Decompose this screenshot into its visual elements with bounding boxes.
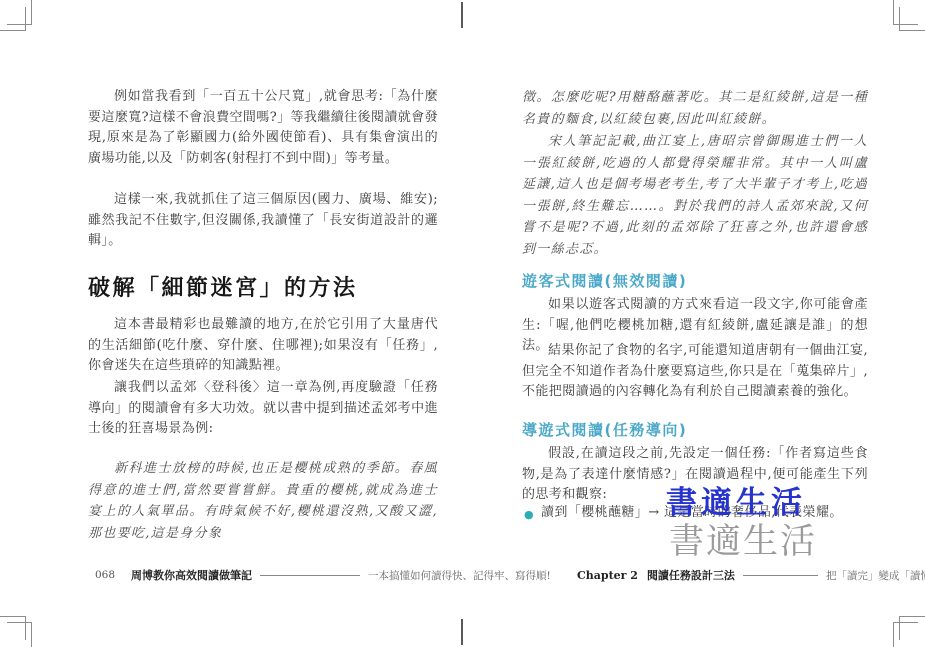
- crop-mark-center-bottom: [461, 619, 463, 645]
- crop-mark-bottom-right: [892, 614, 925, 647]
- footer-rule-left: [260, 575, 360, 576]
- left-quote-passage: 新科進士放榜的時候,也正是櫻桃成熟的季節。春風得意的進士們,當然要嘗嘗鮮。貴重的…: [88, 458, 438, 544]
- chapter-label: Chapter 2: [577, 569, 638, 582]
- left-paragraph-4: 讓我們以孟郊〈登科後〉這一章為例,再度驗證「任務導向」的閱讀會有多大功效。就以書…: [88, 378, 438, 440]
- left-paragraph-3: 這本書最精彩也最難讀的地方,在於它引用了大量唐代的生活細節(吃什麼、穿什麼、住哪…: [88, 315, 438, 377]
- page-left: 例如當我看到「一百五十公尺寬」,就會思考:「為什麼要這麼寬?這樣不會浪費空間嗎?…: [88, 0, 438, 647]
- chapter-tagline: 把「讀完」變成「讀懂」: [826, 568, 925, 583]
- footer-right: Chapter 2 閱讀任務設計三法 把「讀完」變成「讀懂」 069: [577, 567, 925, 583]
- book-spread: 例如當我看到「一百五十公尺寬」,就會思考:「為什麼要這麼寬?這樣不會浪費空間嗎?…: [0, 0, 925, 647]
- right-paragraph-2: 結果你記了食物的名字,可能還知道唐朝有一個曲江宴,但完全不知道作者為什麼要寫這些…: [522, 341, 868, 403]
- chapter-title: 閱讀任務設計三法: [647, 567, 735, 583]
- right-quote-continuation: 徵。怎麼吃呢?用糖酪蘸著吃。其二是紅綾餅,這是一種名貴的麵食,以紅綾包裹,因此叫…: [522, 87, 868, 130]
- section-heading-tourist-reading: 遊客式閱讀(無效閱讀): [522, 270, 868, 291]
- book-tagline: 一本搞懂如何讀得快、記得牢、寫得順!: [368, 568, 551, 583]
- bullet-dot-icon: ●: [524, 505, 534, 525]
- watermark-gray: 書適生活: [669, 514, 817, 564]
- left-paragraph-2: 這樣一來,我就抓住了這三個原因(國力、廣場、維安);雖然我記不住數字,但沒關係,…: [88, 190, 438, 252]
- footer-rule-right: [743, 575, 818, 576]
- book-title: 周博教你高效閱讀做筆記: [131, 567, 252, 583]
- crop-mark-center-top: [461, 2, 463, 28]
- crop-mark-top-left: [0, 0, 33, 33]
- footer-left: 068 周博教你高效閱讀做筆記 一本搞懂如何讀得快、記得牢、寫得順!: [95, 567, 551, 583]
- page-number-left: 068: [95, 569, 115, 581]
- crop-mark-bottom-left: [0, 614, 33, 647]
- crop-mark-top-right: [892, 0, 925, 33]
- left-section-heading: 破解「細節迷宮」的方法: [88, 271, 438, 302]
- right-quote-passage-2: 宋人筆記記載,曲江宴上,唐昭宗曾御賜進士們一人一張紅綾餅,吃過的人都覺得榮耀非常…: [522, 131, 868, 260]
- left-paragraph-1: 例如當我看到「一百五十公尺寬」,就會思考:「為什麼要這麼寬?這樣不會浪費空間嗎?…: [88, 87, 438, 169]
- section-heading-guide-reading: 導遊式閱讀(任務導向): [522, 419, 868, 440]
